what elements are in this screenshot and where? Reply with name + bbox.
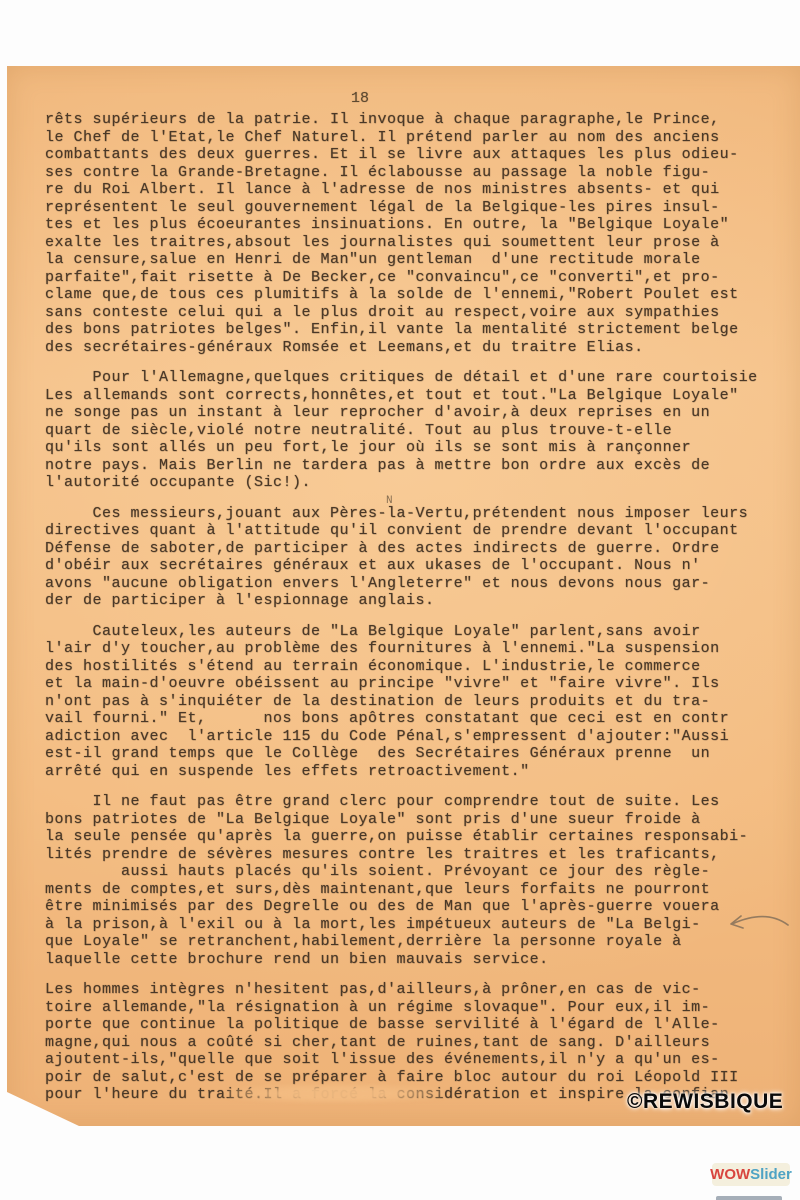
text-line: la censure,salue en Henri de Man"un gent… <box>45 251 780 269</box>
text-line: porte que continue la politique de basse… <box>45 1016 780 1034</box>
text-block: rêts supérieurs de la patrie. Il invoque… <box>45 111 780 1117</box>
text-line: que Loyale" se retranchent,habilement,de… <box>45 933 780 951</box>
text-line: magne,qui nous a coûté si cher,tant de r… <box>45 1034 780 1052</box>
text-line: laquelle cette brochure rend un bien mau… <box>45 951 780 969</box>
text-line: ne songe pas un instant à leur reprocher… <box>45 404 780 422</box>
text-line: des bons patriotes belges". Enfin,il van… <box>45 321 780 339</box>
text-line: Pour l'Allemagne,quelques critiques de d… <box>45 369 780 387</box>
text-line: des hostilités s'étend au terrain économ… <box>45 658 780 676</box>
text-line: directives quant à l'attitude qu'il conv… <box>45 522 780 540</box>
text-line: ments de comptes,et surs,dès maintenant,… <box>45 881 780 899</box>
text-line: tes et les plus écoeurantes insinuations… <box>45 216 780 234</box>
text-line: représentent le seul gouvernement légal … <box>45 199 780 217</box>
bottom-edge-element <box>716 1196 782 1200</box>
text-line: notre pays. Mais Berlin ne tardera pas à… <box>45 457 780 475</box>
paragraph: Pour l'Allemagne,quelques critiques de d… <box>45 369 780 492</box>
text-line: toire allemande,"la résignation à un rég… <box>45 999 780 1017</box>
text-line: exalte les traitres,absout les journalis… <box>45 234 780 252</box>
pencil-note: N <box>386 495 393 507</box>
text-line: Ces messieurs,jouant aux Pères-la-Vertu,… <box>45 505 780 523</box>
wowslider-logo[interactable]: WOWSlider <box>712 1163 790 1186</box>
text-line: Défense de saboter,de participer à des a… <box>45 540 780 558</box>
text-line: n'ont pas à s'inquiéter de la destinatio… <box>45 693 780 711</box>
text-line: poir de salut,c'est de se préparer à fai… <box>45 1069 780 1087</box>
text-line: ajoutent-ils,"quelle que soit l'issue de… <box>45 1051 780 1069</box>
text-line: et la main-d'oeuvre obéissent au princip… <box>45 675 780 693</box>
text-line: aussi hauts placés qu'ils soient. Prévoy… <box>45 863 780 881</box>
text-line: bons patriotes de "La Belgique Loyale" s… <box>45 811 780 829</box>
text-line: à la prison,à l'exil ou à la mort,les im… <box>45 916 780 934</box>
text-line: ses contre la Grande-Bretagne. Il éclabo… <box>45 164 780 182</box>
text-line: sans conteste celui qui a le plus droit … <box>45 304 780 322</box>
text-line: d'obéir aux secrétaires généraux et aux … <box>45 557 780 575</box>
wowslider-wow-text: WOW <box>710 1166 750 1183</box>
paragraph: rêts supérieurs de la patrie. Il invoque… <box>45 111 780 356</box>
text-line: avons "aucune obligation envers l'Anglet… <box>45 575 780 593</box>
paragraph: Ces messieurs,jouant aux Pères-la-Vertu,… <box>45 505 780 610</box>
text-line: arrêté qui en suspende les effets retroa… <box>45 763 780 781</box>
text-line: qu'ils sont allés un peu fort,le jour où… <box>45 439 780 457</box>
text-line: lités prendre de sévères mesures contre … <box>45 846 780 864</box>
text-line: adiction avec l'article 115 du Code Péna… <box>45 728 780 746</box>
page-number: 18 <box>336 90 384 107</box>
text-line: l'air d'y toucher,au problème des fourni… <box>45 640 780 658</box>
text-line: vail fourni." Et, nos bons apôtres const… <box>45 710 780 728</box>
paragraph: Les hommes intègres n'hesitent pas,d'ail… <box>45 981 780 1104</box>
wowslider-slider-text: Slider <box>750 1166 792 1183</box>
text-line: être minimisés par des Degrelle ou des d… <box>45 898 780 916</box>
scan-viewer: 18 rêts supérieurs de la patrie. Il invo… <box>0 0 800 1200</box>
paragraph: Cauteleux,les auteurs de "La Belgique Lo… <box>45 623 780 781</box>
text-line: le Chef de l'Etat,le Chef Naturel. Il pr… <box>45 129 780 147</box>
text-line: combattants des deux guerres. Et il se l… <box>45 146 780 164</box>
text-line: parfaite",fait risette à De Becker,ce "c… <box>45 269 780 287</box>
text-line: rêts supérieurs de la patrie. Il invoque… <box>45 111 780 129</box>
text-line: clame que,de tous ces plumitifs à la sol… <box>45 286 780 304</box>
text-line: l'autorité occupante (Sic!). <box>45 474 780 492</box>
text-line: quart de siècle,violé notre neutralité. … <box>45 422 780 440</box>
text-line: Cauteleux,les auteurs de "La Belgique Lo… <box>45 623 780 641</box>
text-line: der de participer à l'espionnage anglais… <box>45 592 780 610</box>
text-line: Il ne faut pas être grand clerc pour com… <box>45 793 780 811</box>
text-line: re du Roi Albert. Il lance à l'adresse d… <box>45 181 780 199</box>
text-line: des secrétaires-généraux Romsée et Leema… <box>45 339 780 357</box>
text-line: la seule pensée qu'après la guerre,on pu… <box>45 828 780 846</box>
text-line: Les hommes intègres n'hesitent pas,d'ail… <box>45 981 780 999</box>
pencil-arrow-icon <box>724 908 792 938</box>
paragraph: Il ne faut pas être grand clerc pour com… <box>45 793 780 968</box>
watermark: ©REWISBIQUE <box>627 1090 783 1114</box>
text-line: est-il grand temps que le Collège des Se… <box>45 745 780 763</box>
text-line: Les allemands sont corrects,honnêtes,et … <box>45 387 780 405</box>
